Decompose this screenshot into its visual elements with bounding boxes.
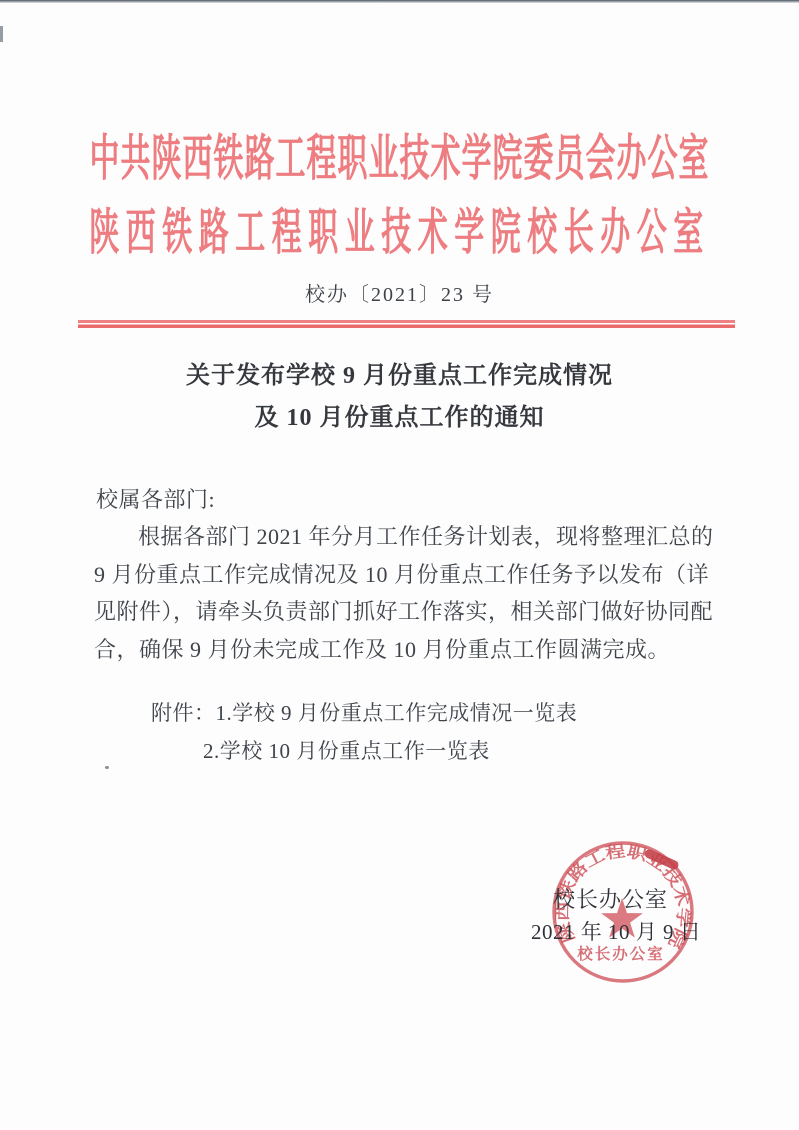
body-paragraph-line: 见附件），请牵头负责部门抓好工作落实，相关部门做好协同配 xyxy=(94,599,713,624)
body-paragraph-line: 根据各部门 2021 年分月工作任务计划表，现将整理汇总的 xyxy=(138,524,714,549)
document-title-line-2: 及 10 月份重点工作的通知 xyxy=(0,405,799,433)
scan-speck-artifact xyxy=(105,766,109,769)
body-paragraph-line: 9 月份重点工作完成情况及 10 月份重点工作任务予以发布（详 xyxy=(94,562,709,587)
salutation: 校属各部门: xyxy=(96,487,215,512)
body-paragraph-line: 合，确保 9 月份未完成工作及 10 月份重点工作圆满完成。 xyxy=(94,637,670,662)
signing-office: 校长办公室 xyxy=(553,887,668,912)
document-page: 中共陕西铁路工程职业技术学院委员会办公室 陕西铁路工程职业技术学院校长办公室 校… xyxy=(0,0,799,1130)
issuer-name-line-2: 陕西铁路工程职业技术学院校长办公室 xyxy=(0,206,799,263)
signing-date: 2021 年 10 月 9 日 xyxy=(531,920,701,944)
scan-edge-artifact-top xyxy=(0,0,799,3)
document-title-line-1: 关于发布学校 9 月份重点工作完成情况 xyxy=(0,363,799,391)
issuer-name-line-1: 中共陕西铁路工程职业技术学院委员会办公室 xyxy=(0,132,799,189)
document-number: 校办〔2021〕23 号 xyxy=(0,284,799,307)
scan-edge-artifact-left xyxy=(0,26,3,42)
official-seal: 陕西铁路工程职业技术学院 校长办公室 xyxy=(545,834,705,994)
seal-bottom-text: 校长办公室 xyxy=(576,944,665,963)
attachment-item-2: 2.学校 10 月份重点工作一览表 xyxy=(203,739,490,763)
red-divider-rule xyxy=(78,320,735,328)
attachment-item-1: 附件：1.学校 9 月份重点工作完成情况一览表 xyxy=(151,701,577,725)
